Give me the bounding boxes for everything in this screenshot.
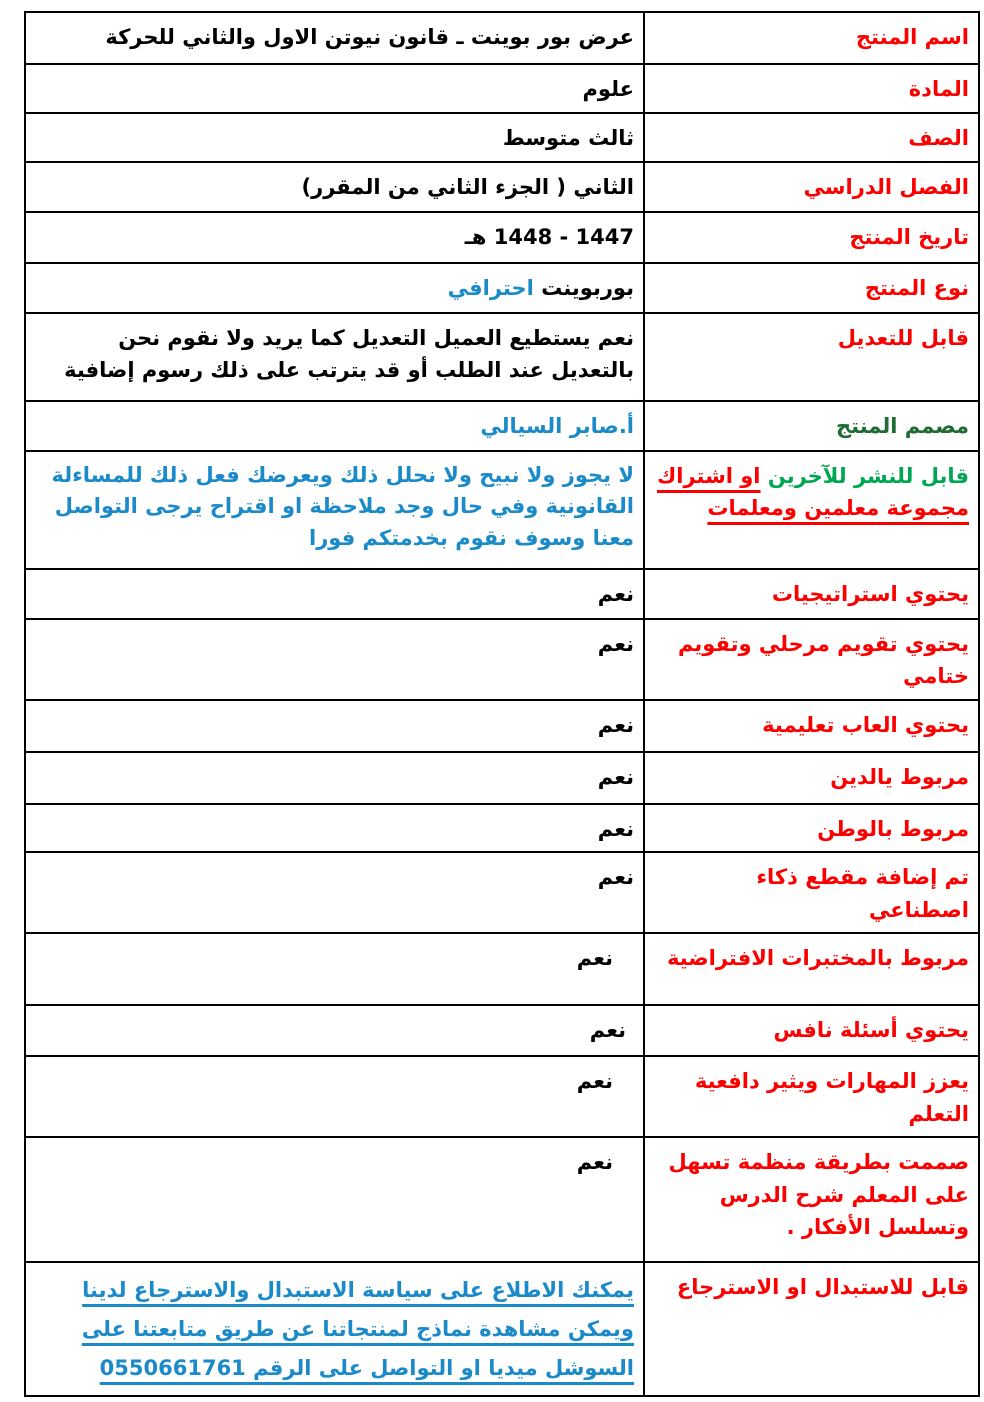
header-publish-permission: قابل للنشر للآخرين او اشتراك مجموعة معلم…	[644, 451, 979, 569]
row-ai-clip-added: تم إضافة مقطع ذكاء اصطناعي نعم	[25, 852, 979, 933]
value-text: يمكنك الاطلاع على سياسة الاستبدال والاست…	[82, 1278, 634, 1380]
header-contains-games: يحتوي العاب تعليمية	[644, 700, 979, 752]
header-product-designer: مصمم المنتج	[644, 401, 979, 451]
row-contains-strategies: يحتوي استراتيجيات نعم	[25, 569, 979, 619]
header-label: يحتوي استراتيجيات	[772, 582, 969, 606]
value-text: ثالث متوسط	[503, 126, 634, 150]
value-text: عرض بور بوينت ـ قانون نيوتن الاول والثان…	[105, 25, 634, 49]
yes-text: نعم	[598, 713, 634, 737]
value-semester: الثاني ( الجزء الثاني من المقرر)	[25, 162, 644, 212]
header-organized-design: صممت بطريقة منظمة تسهل على المعلم شرح ال…	[644, 1137, 979, 1262]
value-contains-assessments: نعم	[25, 619, 644, 700]
header-label-green: قابل للنشر للآخرين	[761, 464, 969, 488]
header-label: تاريخ المنتج	[849, 225, 969, 249]
value-text: علوم	[583, 77, 634, 101]
value-product-date: 1447 - 1448 هـ	[25, 212, 644, 263]
header-label: اسم المنتج	[856, 25, 969, 49]
header-ai-clip-added: تم إضافة مقطع ذكاء اصطناعي	[644, 852, 979, 933]
row-product-type: نوع المنتج بوربوينت احترافي	[25, 263, 979, 313]
value-organized-design: نعم	[25, 1137, 644, 1262]
header-product-name: اسم المنتج	[644, 12, 979, 64]
row-linked-religion: مربوط يالدين نعم	[25, 752, 979, 804]
header-refund-policy: قابل للاستبدال او الاسترجاع	[644, 1262, 979, 1396]
header-label: يحتوي العاب تعليمية	[762, 713, 969, 737]
value-publish-permission: لا يجوز ولا نبيح ولا نحلل ذلك ويعرضك فعل…	[25, 451, 644, 569]
header-product-date: تاريخ المنتج	[644, 212, 979, 263]
row-contains-games: يحتوي العاب تعليمية نعم	[25, 700, 979, 752]
value-product-type: بوربوينت احترافي	[25, 263, 644, 313]
value-linked-homeland: نعم	[25, 804, 644, 853]
yes-text: نعم	[598, 765, 634, 789]
header-contains-nafes-questions: يحتوي أسئلة نافس	[644, 1005, 979, 1056]
product-spec-table: اسم المنتج عرض بور بوينت ـ قانون نيوتن ا…	[24, 11, 980, 1397]
value-text: 1447 - 1448 هـ	[465, 225, 634, 249]
header-label: يحتوي أسئلة نافس	[773, 1018, 969, 1042]
row-linked-homeland: مربوط بالوطن نعم	[25, 804, 979, 853]
value-text-blue: احترافي	[448, 276, 534, 300]
header-enhances-skills: يعزز المهارات ويثير دافعية التعلم	[644, 1056, 979, 1137]
value-product-name: عرض بور بوينت ـ قانون نيوتن الاول والثان…	[25, 12, 644, 64]
header-linked-religion: مربوط يالدين	[644, 752, 979, 804]
value-product-designer: أ.صابر السيالي	[25, 401, 644, 451]
row-semester: الفصل الدراسي الثاني ( الجزء الثاني من ا…	[25, 162, 979, 212]
header-contains-assessments: يحتوي تقويم مرحلي وتقويم ختامي	[644, 619, 979, 700]
header-label: نوع المنتج	[865, 276, 969, 300]
row-contains-assessments: يحتوي تقويم مرحلي وتقويم ختامي نعم	[25, 619, 979, 700]
header-label: قابل للتعديل	[838, 326, 969, 350]
value-text: نعم يستطيع العميل التعديل كما يريد ولا ن…	[64, 326, 634, 383]
row-enhances-skills: يعزز المهارات ويثير دافعية التعلم نعم	[25, 1056, 979, 1137]
row-product-designer: مصمم المنتج أ.صابر السيالي	[25, 401, 979, 451]
row-subject: المادة علوم	[25, 64, 979, 113]
header-label: يحتوي تقويم مرحلي وتقويم ختامي	[678, 632, 969, 689]
yes-text: نعم	[598, 582, 634, 606]
value-text: الثاني ( الجزء الثاني من المقرر)	[302, 175, 634, 199]
yes-text: نعم	[598, 632, 634, 656]
header-linked-virtual-labs: مربوط بالمختبرات الافتراضية	[644, 933, 979, 1005]
value-linked-virtual-labs: نعم	[25, 933, 644, 1005]
value-enhances-skills: نعم	[25, 1056, 644, 1137]
row-editable: قابل للتعديل نعم يستطيع العميل التعديل ك…	[25, 313, 979, 401]
document-page: { "colors": { "header_red": "#fb0000", "…	[0, 0, 984, 1402]
row-linked-virtual-labs: مربوط بالمختبرات الافتراضية نعم	[25, 933, 979, 1005]
header-label: الفصل الدراسي	[804, 175, 969, 199]
row-contains-nafes-questions: يحتوي أسئلة نافس نعم	[25, 1005, 979, 1056]
value-contains-nafes-questions: نعم	[25, 1005, 644, 1056]
header-semester: الفصل الدراسي	[644, 162, 979, 212]
yes-text: نعم	[577, 946, 613, 970]
yes-text: نعم	[577, 1150, 613, 1174]
header-subject: المادة	[644, 64, 979, 113]
value-text: لا يجوز ولا نبيح ولا نحلل ذلك ويعرضك فعل…	[51, 463, 634, 550]
header-label: الصف	[908, 126, 969, 150]
row-organized-design: صممت بطريقة منظمة تسهل على المعلم شرح ال…	[25, 1137, 979, 1262]
row-publish-permission: قابل للنشر للآخرين او اشتراك مجموعة معلم…	[25, 451, 979, 569]
value-ai-clip-added: نعم	[25, 852, 644, 933]
yes-text: نعم	[590, 1018, 626, 1042]
row-product-name: اسم المنتج عرض بور بوينت ـ قانون نيوتن ا…	[25, 12, 979, 64]
header-linked-homeland: مربوط بالوطن	[644, 804, 979, 853]
header-editable: قابل للتعديل	[644, 313, 979, 401]
header-label: يعزز المهارات ويثير دافعية التعلم	[695, 1069, 969, 1126]
value-contains-games: نعم	[25, 700, 644, 752]
value-editable: نعم يستطيع العميل التعديل كما يريد ولا ن…	[25, 313, 644, 401]
header-label: مربوط بالوطن	[817, 817, 969, 841]
yes-text: نعم	[598, 865, 634, 889]
header-label: تم إضافة مقطع ذكاء اصطناعي	[756, 865, 969, 922]
row-grade: الصف ثالث متوسط	[25, 113, 979, 162]
row-refund-policy: قابل للاستبدال او الاسترجاع يمكنك الاطلا…	[25, 1262, 979, 1396]
value-contains-strategies: نعم	[25, 569, 644, 619]
value-refund-policy: يمكنك الاطلاع على سياسة الاستبدال والاست…	[25, 1262, 644, 1396]
header-label: مربوط بالمختبرات الافتراضية	[667, 946, 969, 970]
value-grade: ثالث متوسط	[25, 113, 644, 162]
value-linked-religion: نعم	[25, 752, 644, 804]
header-label: المادة	[909, 77, 969, 101]
header-grade: الصف	[644, 113, 979, 162]
header-label: مربوط يالدين	[830, 765, 969, 789]
yes-text: نعم	[598, 817, 634, 841]
header-product-type: نوع المنتج	[644, 263, 979, 313]
value-text: أ.صابر السيالي	[480, 414, 634, 438]
value-text-black: بوربوينت	[534, 276, 634, 300]
header-label: مصمم المنتج	[836, 414, 969, 438]
value-subject: علوم	[25, 64, 644, 113]
header-label: قابل للاستبدال او الاسترجاع	[677, 1275, 969, 1299]
header-label: صممت بطريقة منظمة تسهل على المعلم شرح ال…	[669, 1150, 969, 1239]
header-contains-strategies: يحتوي استراتيجيات	[644, 569, 979, 619]
yes-text: نعم	[577, 1069, 613, 1093]
row-product-date: تاريخ المنتج 1447 - 1448 هـ	[25, 212, 979, 263]
